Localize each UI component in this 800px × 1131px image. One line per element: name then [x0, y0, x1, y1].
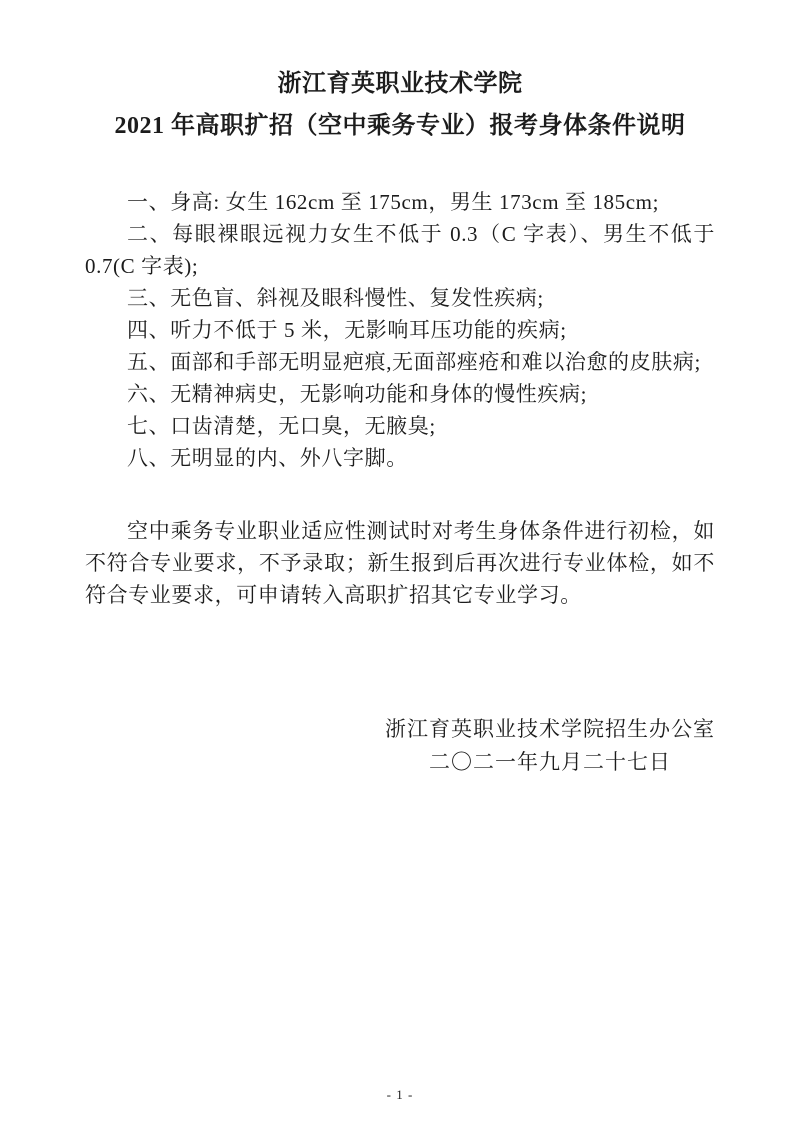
- document-content: 浙江育英职业技术学院 2021 年高职扩招（空中乘务专业）报考身体条件说明 一、…: [0, 63, 800, 779]
- requirement-item-8: 八、无明显的内、外八字脚。: [85, 442, 715, 474]
- signature-block: 浙江育英职业技术学院招生办公室 二〇二一年九月二十七日: [85, 713, 715, 779]
- document-title-line1: 浙江育英职业技术学院: [85, 63, 715, 105]
- document-page: 浙江育英职业技术学院 2021 年高职扩招（空中乘务专业）报考身体条件说明 一、…: [0, 0, 800, 1131]
- requirement-item-6: 六、无精神病史，无影响功能和身体的慢性疾病;: [85, 378, 715, 410]
- requirement-item-4: 四、听力不低于 5 米，无影响耳压功能的疾病;: [85, 314, 715, 346]
- page-number: - 1 -: [0, 1087, 800, 1103]
- signature-date: 二〇二一年九月二十七日: [385, 746, 715, 779]
- requirement-item-2: 二、每眼裸眼远视力女生不低于 0.3（C 字表）、男生不低于 0.7(C 字表)…: [85, 218, 715, 282]
- signature-inner: 浙江育英职业技术学院招生办公室 二〇二一年九月二十七日: [385, 713, 715, 779]
- document-title-line2: 2021 年高职扩招（空中乘务专业）报考身体条件说明: [85, 105, 715, 147]
- signature-org: 浙江育英职业技术学院招生办公室: [385, 713, 715, 746]
- document-header: 浙江育英职业技术学院 2021 年高职扩招（空中乘务专业）报考身体条件说明: [85, 63, 715, 147]
- requirement-item-3: 三、无色盲、斜视及眼科慢性、复发性疾病;: [85, 282, 715, 314]
- requirement-item-1: 一、身高: 女生 162cm 至 175cm，男生 173cm 至 185cm;: [85, 186, 715, 218]
- requirement-item-7: 七、口齿清楚，无口臭，无腋臭;: [85, 410, 715, 442]
- requirement-item-5: 五、面部和手部无明显疤痕,无面部痤疮和难以治愈的皮肤病;: [85, 346, 715, 378]
- note-paragraph: 空中乘务专业职业适应性测试时对考生身体条件进行初检，如不符合专业要求，不予录取；…: [85, 515, 715, 611]
- requirements-list: 一、身高: 女生 162cm 至 175cm，男生 173cm 至 185cm;…: [85, 186, 715, 474]
